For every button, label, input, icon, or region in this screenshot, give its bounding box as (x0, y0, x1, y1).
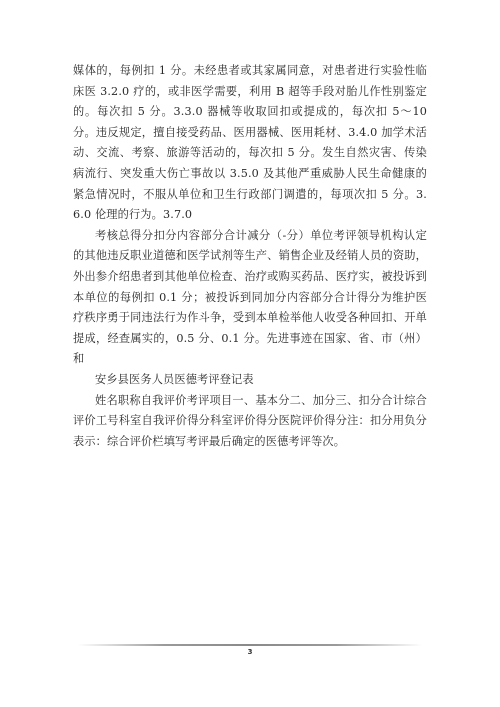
paragraph-form-fields: 姓名职称自我评价考评项目一、基本分二、加分三、扣分合计综合评价工号科室自我评价得… (73, 391, 427, 453)
footer-divider (78, 644, 422, 646)
document-page: 媒体的，每例扣 1 分。未经患者或其家属同意，对患者进行实验性临床医 3.2.0… (0, 0, 500, 707)
page-number: 3 (0, 648, 500, 656)
document-body: 媒体的，每例扣 1 分。未经患者或其家属同意，对患者进行实验性临床医 3.2.0… (73, 61, 427, 452)
form-title: 安乡县医务人员医德考评登记表 (73, 370, 427, 391)
paragraph-deduction-rules: 媒体的，每例扣 1 分。未经患者或其家属同意，对患者进行实验性临床医 3.2.0… (73, 61, 427, 226)
paragraph-score-summary: 考核总得分扣分内容部分合计减分（-分）单位考评领导机构认定的其他违反职业道德和医… (73, 226, 427, 370)
